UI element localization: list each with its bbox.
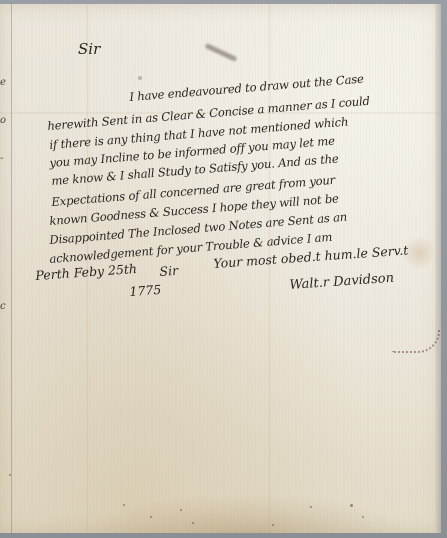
margin-fragment: c	[0, 288, 12, 326]
ink-smudge	[205, 43, 238, 62]
page-edge	[435, 4, 441, 533]
letter-year: 1775	[129, 282, 162, 299]
margin-fragment: e	[0, 64, 12, 102]
closing-salutation: Sir	[159, 263, 179, 279]
margin-fragment: o	[0, 102, 12, 140]
margin-fragment: -	[0, 140, 12, 178]
salutation: Sir	[78, 40, 100, 58]
signature: Walt.r Davidson	[289, 271, 395, 293]
foxing-stain-bottom	[80, 493, 410, 533]
margin-fragments: e o - c	[0, 64, 12, 326]
letter-page: e o - c Sir I have endeavoured to draw o…	[0, 4, 441, 533]
wax-seal-trace	[392, 329, 440, 353]
